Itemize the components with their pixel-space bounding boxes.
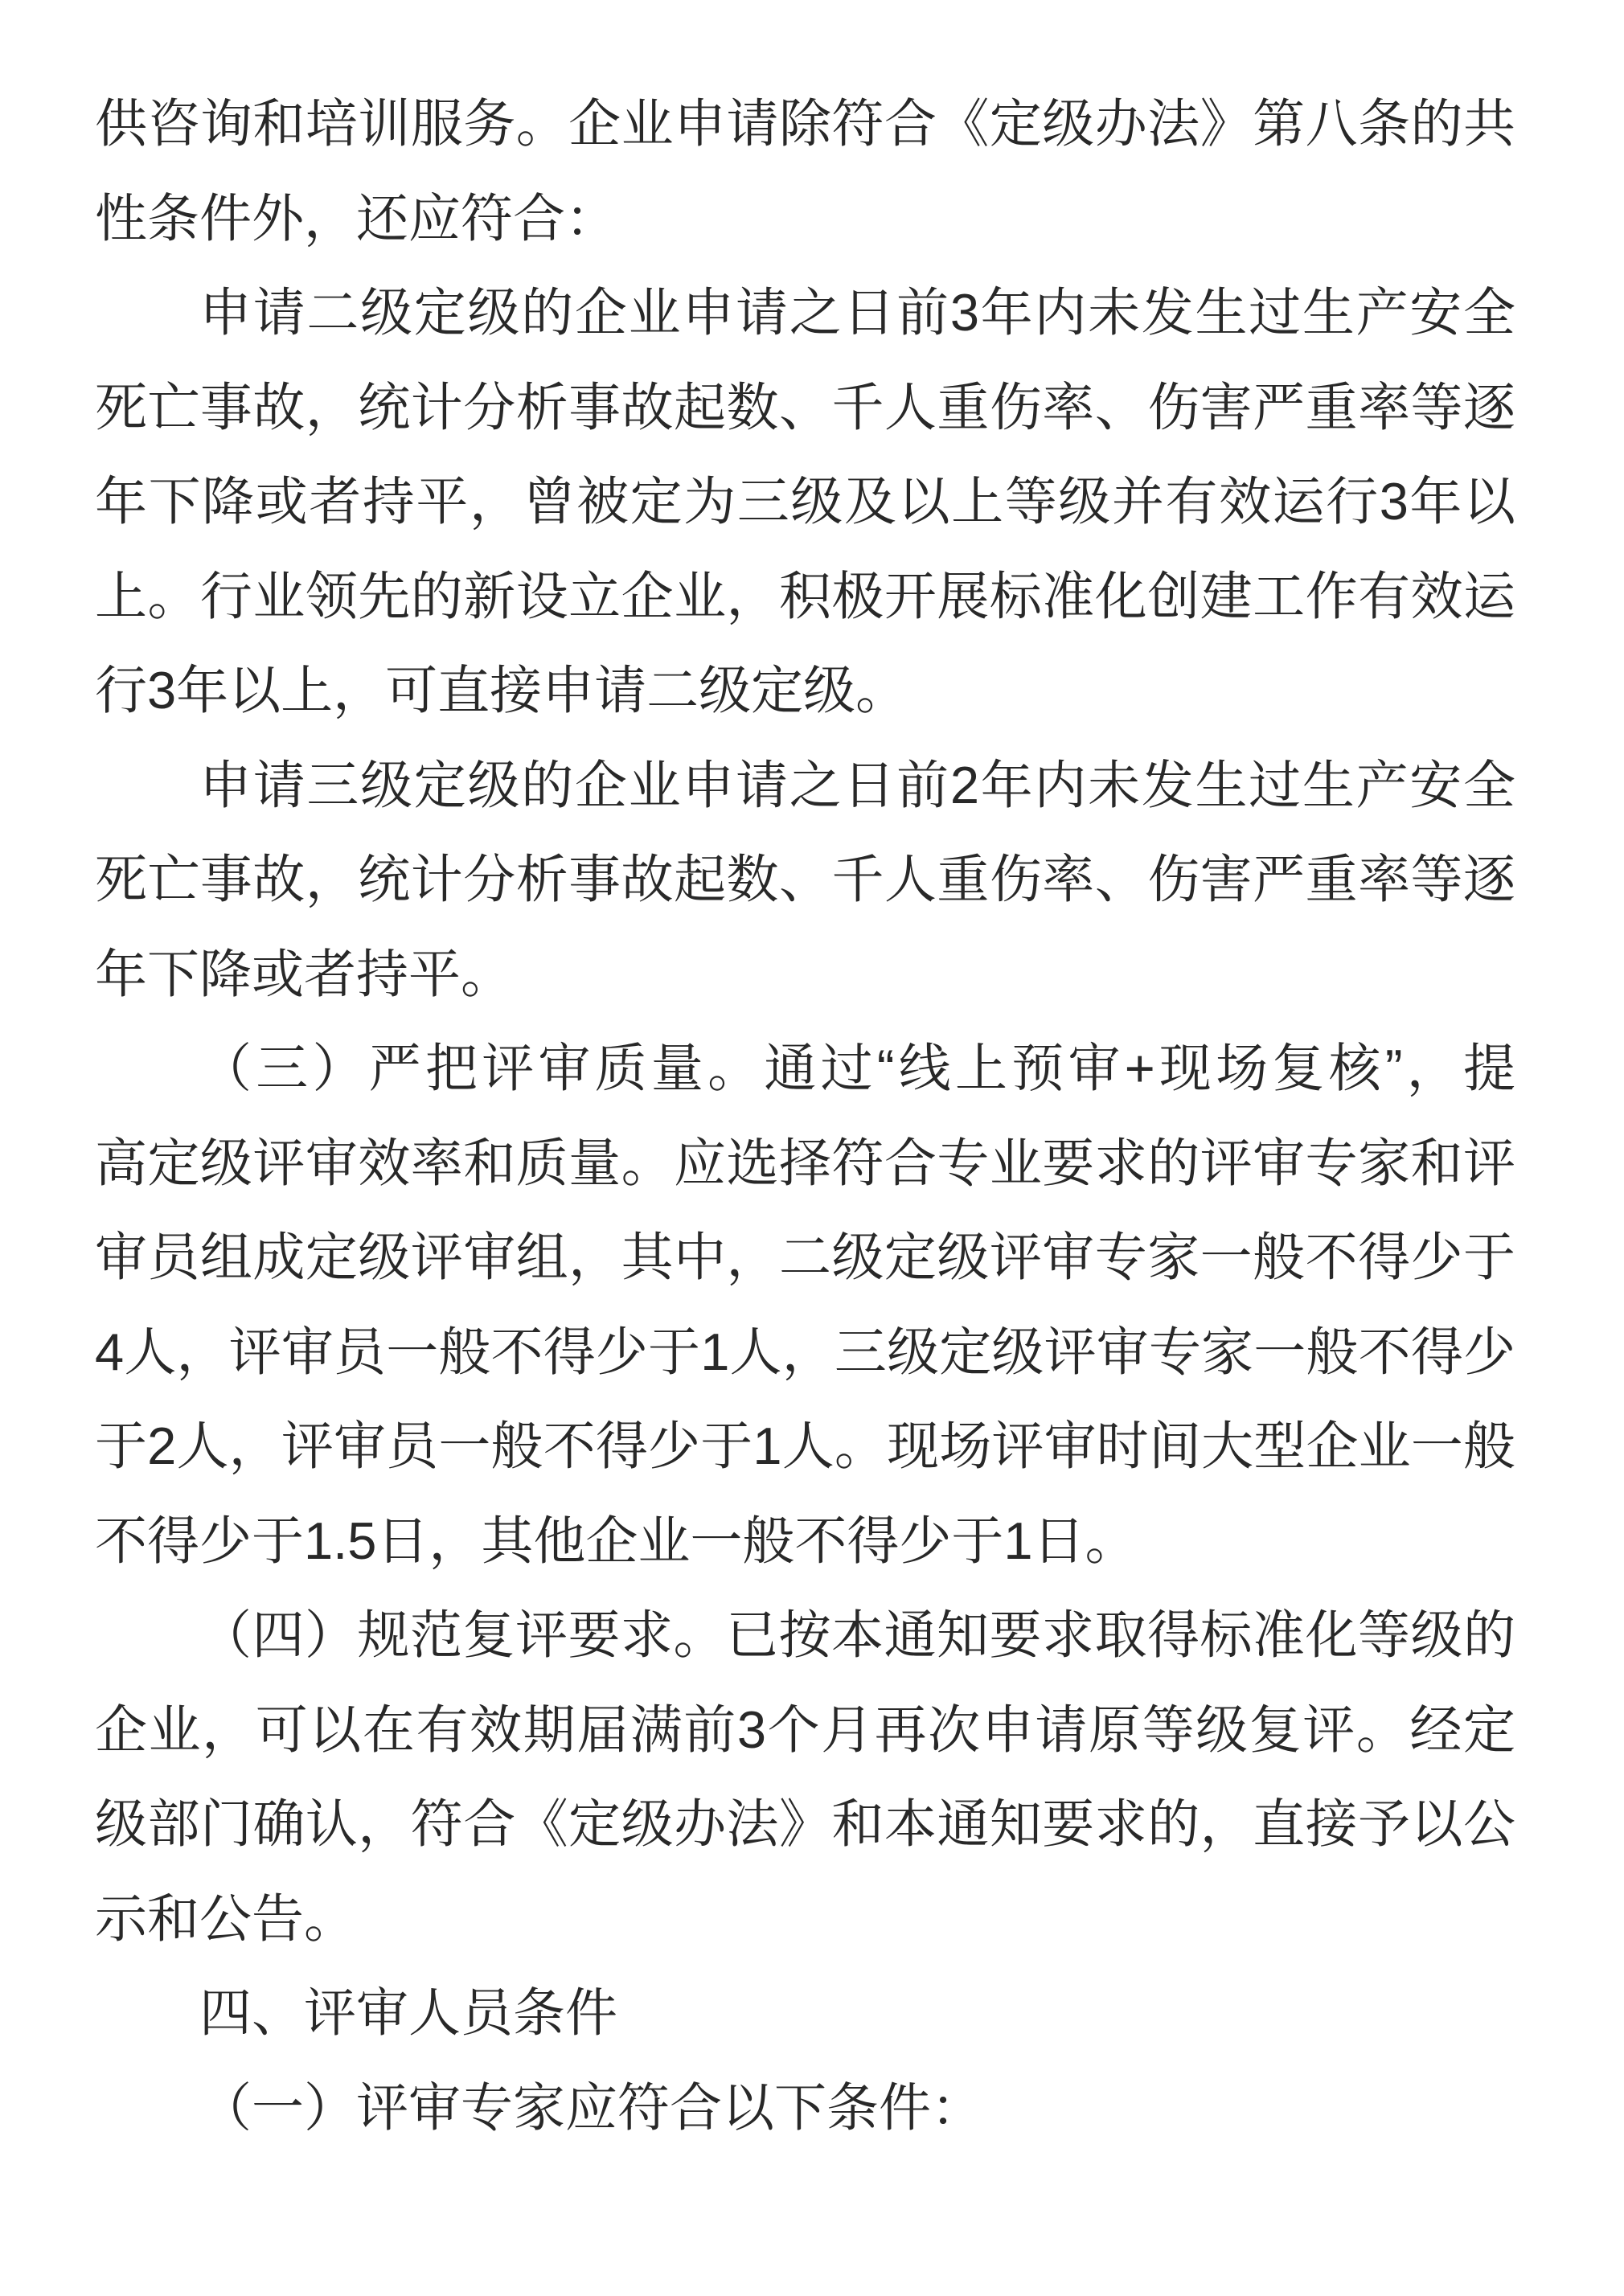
text-line: 死亡事故，统计分析事故起数、千人重伤率、伤害严重率等逐 xyxy=(95,360,1515,455)
text-line: 审员组成定级评审组，其中，二级定级评审专家一般不得少于 xyxy=(95,1210,1515,1305)
text-line: 于2人，评审员一般不得少于1人。现场评审时间大型企业一般 xyxy=(95,1399,1515,1494)
text-line: （四）规范复评要求。已按本通知要求取得标准化等级的 xyxy=(95,1588,1515,1683)
text-line: （三）严把评审质量。通过“线上预审+现场复核”，提 xyxy=(95,1021,1515,1116)
text-line: 供咨询和培训服务。企业申请除符合《定级办法》第八条的共 xyxy=(95,76,1515,171)
text-line: （一）评审专家应符合以下条件： xyxy=(95,2060,1515,2155)
text-line: 4人，评审员一般不得少于1人，三级定级评审专家一般不得少 xyxy=(95,1305,1515,1400)
text-line: 申请二级定级的企业申请之日前3年内未发生过生产安全 xyxy=(95,265,1515,360)
document-page: 供咨询和培训服务。企业申请除符合《定级办法》第八条的共 性条件外，还应符合： 申… xyxy=(0,0,1624,2296)
text-line: 性条件外，还应符合： xyxy=(95,171,1515,266)
text-line: 死亡事故，统计分析事故起数、千人重伤率、伤害严重率等逐 xyxy=(95,832,1515,927)
text-line: 年下降或者持平，曾被定为三级及以上等级并有效运行3年以 xyxy=(95,454,1515,549)
text-line: 行3年以上，可直接申请二级定级。 xyxy=(95,643,1515,738)
text-line: 级部门确认，符合《定级办法》和本通知要求的，直接予以公 xyxy=(95,1777,1515,1872)
text-line: 年下降或者持平。 xyxy=(95,927,1515,1022)
text-line: 申请三级定级的企业申请之日前2年内未发生过生产安全 xyxy=(95,738,1515,833)
text-line: 四、评审人员条件 xyxy=(95,1966,1515,2060)
text-line: 不得少于1.5日，其他企业一般不得少于1日。 xyxy=(95,1494,1515,1589)
text-line: 示和公告。 xyxy=(95,1872,1515,1966)
text-line: 上。行业领先的新设立企业，积极开展标准化创建工作有效运 xyxy=(95,549,1515,644)
text-line: 高定级评审效率和质量。应选择符合专业要求的评审专家和评 xyxy=(95,1116,1515,1211)
text-line: 企业，可以在有效期届满前3个月再次申请原等级复评。经定 xyxy=(95,1683,1515,1777)
